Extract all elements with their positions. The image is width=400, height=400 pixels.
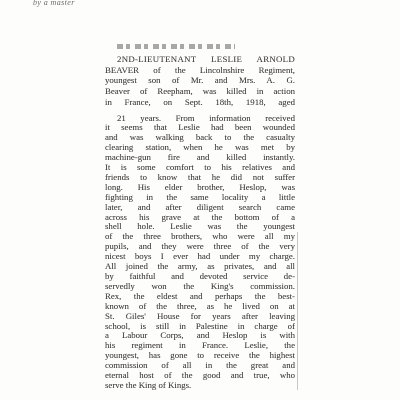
cropped-text-fragment <box>117 44 235 49</box>
text-line: All joined the army, as privates, and al… <box>105 262 295 272</box>
text-line: 21 years. From information received <box>105 114 295 124</box>
text-line: by faithful and devoted service de- <box>105 272 295 282</box>
text-line: fighting in the same locality a little <box>105 193 295 203</box>
text-line: friends to know that he did not suffer <box>105 173 295 183</box>
text-line: clearing station, when he was met by <box>105 143 295 153</box>
cropped-caption-fragment: by a master <box>33 0 123 7</box>
text-line: known of the three, as he lived on at <box>105 302 295 312</box>
obituary-heading-paragraph: 2ND-LIEUTENANT LESLIE ARNOLDBEAVER of th… <box>105 54 295 108</box>
text-line: eternal host of the good and true, who <box>105 371 295 381</box>
text-line: later, and after diligent search came <box>105 203 295 213</box>
text-line: school, is still in Palestine in charge … <box>105 322 295 332</box>
text-line: and was walking back to the casualty <box>105 133 295 143</box>
text-line: It is some comfort to his relatives and <box>105 163 295 173</box>
text-line: Rex, the eldest and perhaps the best- <box>105 292 295 302</box>
text-line: long. His elder brother, Heslop, was <box>105 183 295 193</box>
text-line: St. Giles' House for years after leaving <box>105 312 295 322</box>
text-line: servedly won the King's commission. <box>105 282 295 292</box>
column-rule <box>297 232 298 390</box>
text-line: shell hole. Leslie was the youngest <box>105 222 295 232</box>
text-line: his regiment in France. Leslie, the <box>105 341 295 351</box>
text-line: nicest boys I ever had under my charge. <box>105 252 295 262</box>
scanned-document-page: by a master 2ND-LIEUTENANT LESLIE ARNOLD… <box>0 0 400 400</box>
text-line: youngest, has gone to receive the highes… <box>105 351 295 361</box>
text-line: BEAVER of the Lincolnshire Regiment, <box>105 65 295 76</box>
text-line: across his grave at the bottom of a <box>105 213 295 223</box>
obituary-body-paragraph: 21 years. From information receivedit se… <box>105 114 295 391</box>
newspaper-clipping: 2ND-LIEUTENANT LESLIE ARNOLDBEAVER of th… <box>105 38 295 391</box>
text-line: serve the King of Kings. <box>105 381 295 391</box>
text-line: it seems that Leslie had been wounded <box>105 123 295 133</box>
text-line: a Labour Corps, and Heslop is with <box>105 331 295 341</box>
text-line: of the three brothers, who were all my <box>105 232 295 242</box>
text-line: commission of all in the great and <box>105 361 295 371</box>
text-line: pupils, and they were three of the very <box>105 242 295 252</box>
caption-text: by a master <box>33 0 123 7</box>
text-line: Beaver of Reepham, was killed in action <box>105 86 295 97</box>
text-line: youngest son of Mr. and Mrs. A. G. <box>105 75 295 86</box>
text-line: machine-gun fire and killed instantly. <box>105 153 295 163</box>
text-line: in France, on Sept. 18th, 1918, aged <box>105 97 295 108</box>
text-line: 2ND-LIEUTENANT LESLIE ARNOLD <box>105 54 295 65</box>
